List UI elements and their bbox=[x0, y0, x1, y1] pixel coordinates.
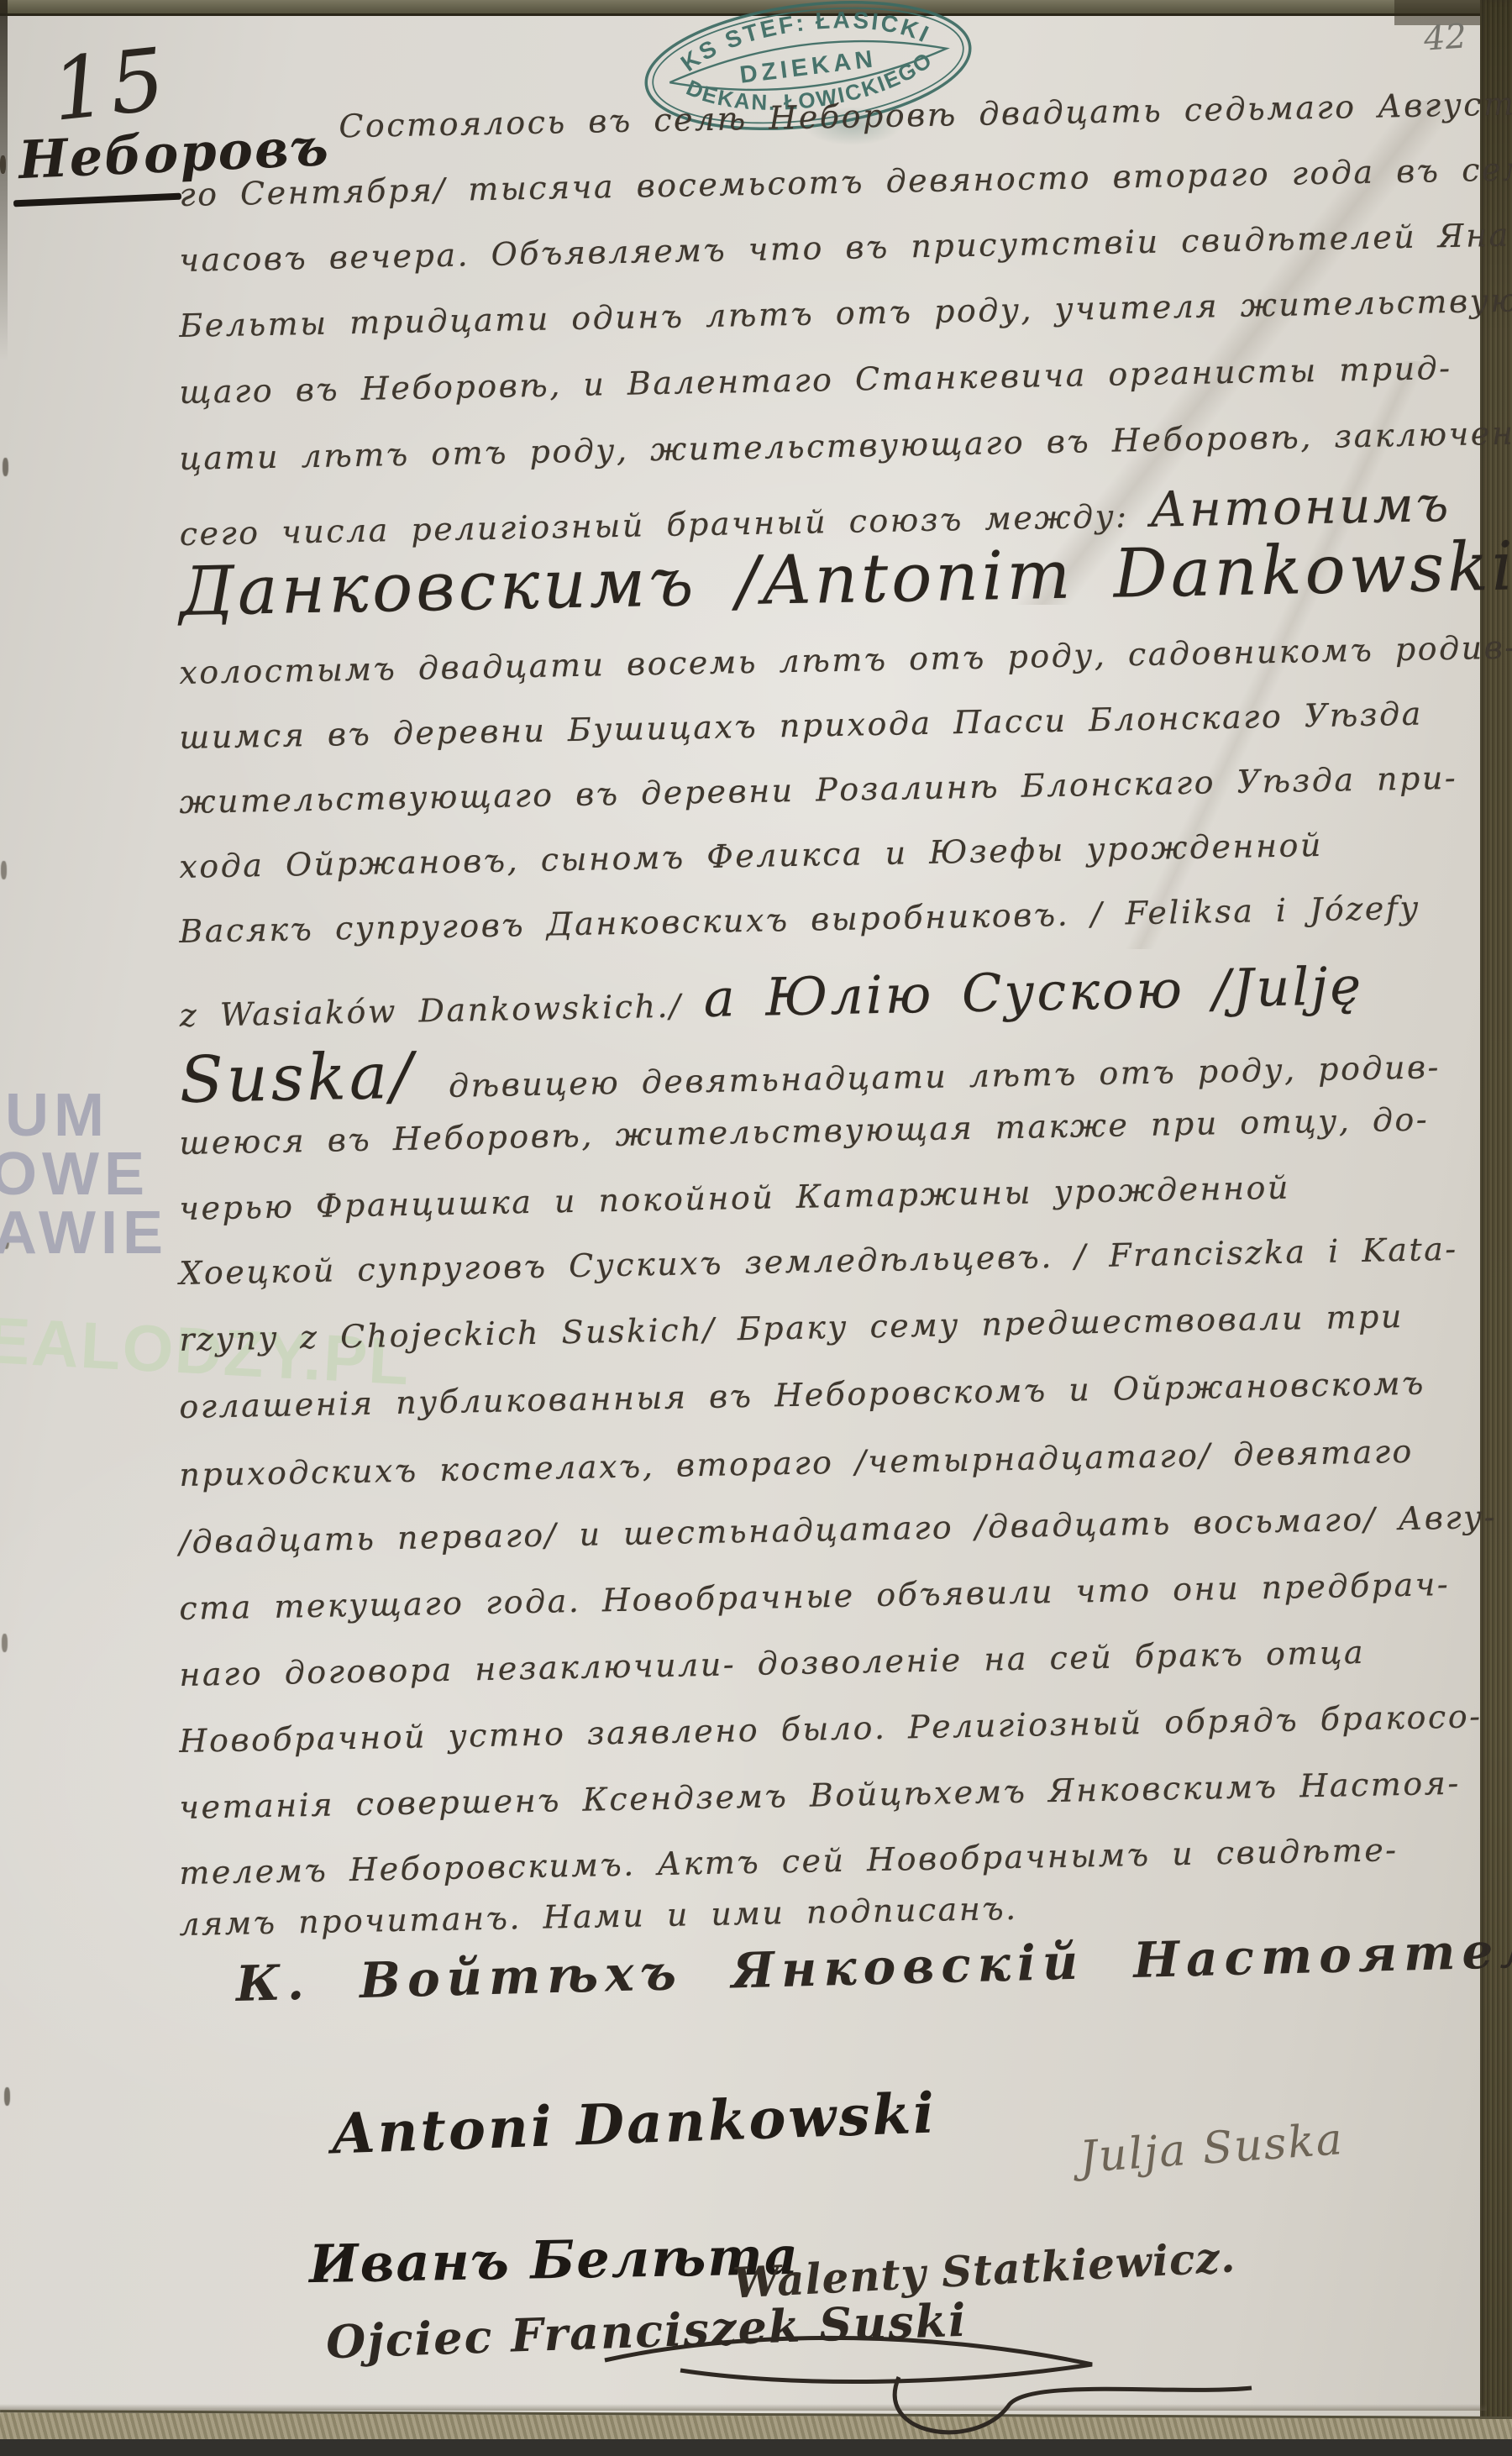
record-line: Новобрачной устно заявлено было. Религіо… bbox=[179, 1700, 1483, 1757]
page-number: 42 bbox=[1422, 17, 1467, 58]
place-name-underline bbox=[13, 193, 181, 207]
record-line: /двадцать перваго/ и шестьнадцатаго /два… bbox=[179, 1501, 1497, 1558]
bride-name-cyrillic: а Юлію Сускою /Julję bbox=[703, 955, 1364, 1029]
flourish-lens-stroke bbox=[605, 2338, 1092, 2381]
record-line: z Wasiaków Dankowskich./ а Юлію Сускою /… bbox=[179, 960, 1364, 1035]
bride-name-line: Suska/ дѣвицею девятьнадцати лѣтъ отъ ро… bbox=[179, 1024, 1441, 1112]
record-line: лямъ прочитанъ. Нами и ими подписанъ. bbox=[179, 1892, 1018, 1940]
record-line-text: z Wasiaków Dankowskich./ bbox=[179, 987, 704, 1034]
record-line: наго договора незаключили- дозволеніе на… bbox=[179, 1636, 1365, 1691]
registry-page: UM OWE AWIE EALODZY.PL KS STEF: ŁASICKI … bbox=[0, 0, 1512, 2456]
record-line: Хоецкой супруговъ Сускихъ земледѣльцевъ.… bbox=[179, 1233, 1458, 1289]
signature-flourish bbox=[538, 2318, 1310, 2453]
groom-signature: Antoni Dankowski bbox=[331, 2085, 937, 2161]
record-line: rzyny z Chojeckich Suskich/ Браку сему п… bbox=[179, 1300, 1404, 1356]
bride-name-polish: Suska/ bbox=[179, 1037, 449, 1117]
binding-specks bbox=[0, 155, 6, 174]
bride-signature: Julja Suska bbox=[1079, 2118, 1346, 2180]
witness2-signature: Walenty Statkiewicz. bbox=[732, 2236, 1236, 2304]
archive-watermark-line: UM bbox=[5, 1085, 109, 1146]
record-line: черью Францишка и покойной Катаржины уро… bbox=[179, 1172, 1290, 1225]
record-line: приходскихъ костелахъ, втораго /четырнад… bbox=[179, 1435, 1414, 1491]
archive-watermark-line: AWIE bbox=[0, 1203, 168, 1263]
flourish-loop-stroke bbox=[895, 2377, 1252, 2432]
book-binding-shadow bbox=[0, 0, 8, 361]
record-line: четанія совершенъ Ксендземъ Войцѣхемъ Ян… bbox=[179, 1767, 1461, 1824]
record-line: телемъ Неборовскимъ. Актъ сей Новобрачны… bbox=[179, 1834, 1399, 1889]
archive-watermark-line: OWE bbox=[0, 1144, 150, 1204]
record-line-text: дѣвицею девятьнадцати лѣтъ отъ роду, род… bbox=[449, 1048, 1441, 1105]
record-line: ста текущаго года. Новобрачные объявили … bbox=[179, 1568, 1450, 1624]
witness1-signature: Иванъ Белѣта bbox=[309, 2230, 801, 2291]
